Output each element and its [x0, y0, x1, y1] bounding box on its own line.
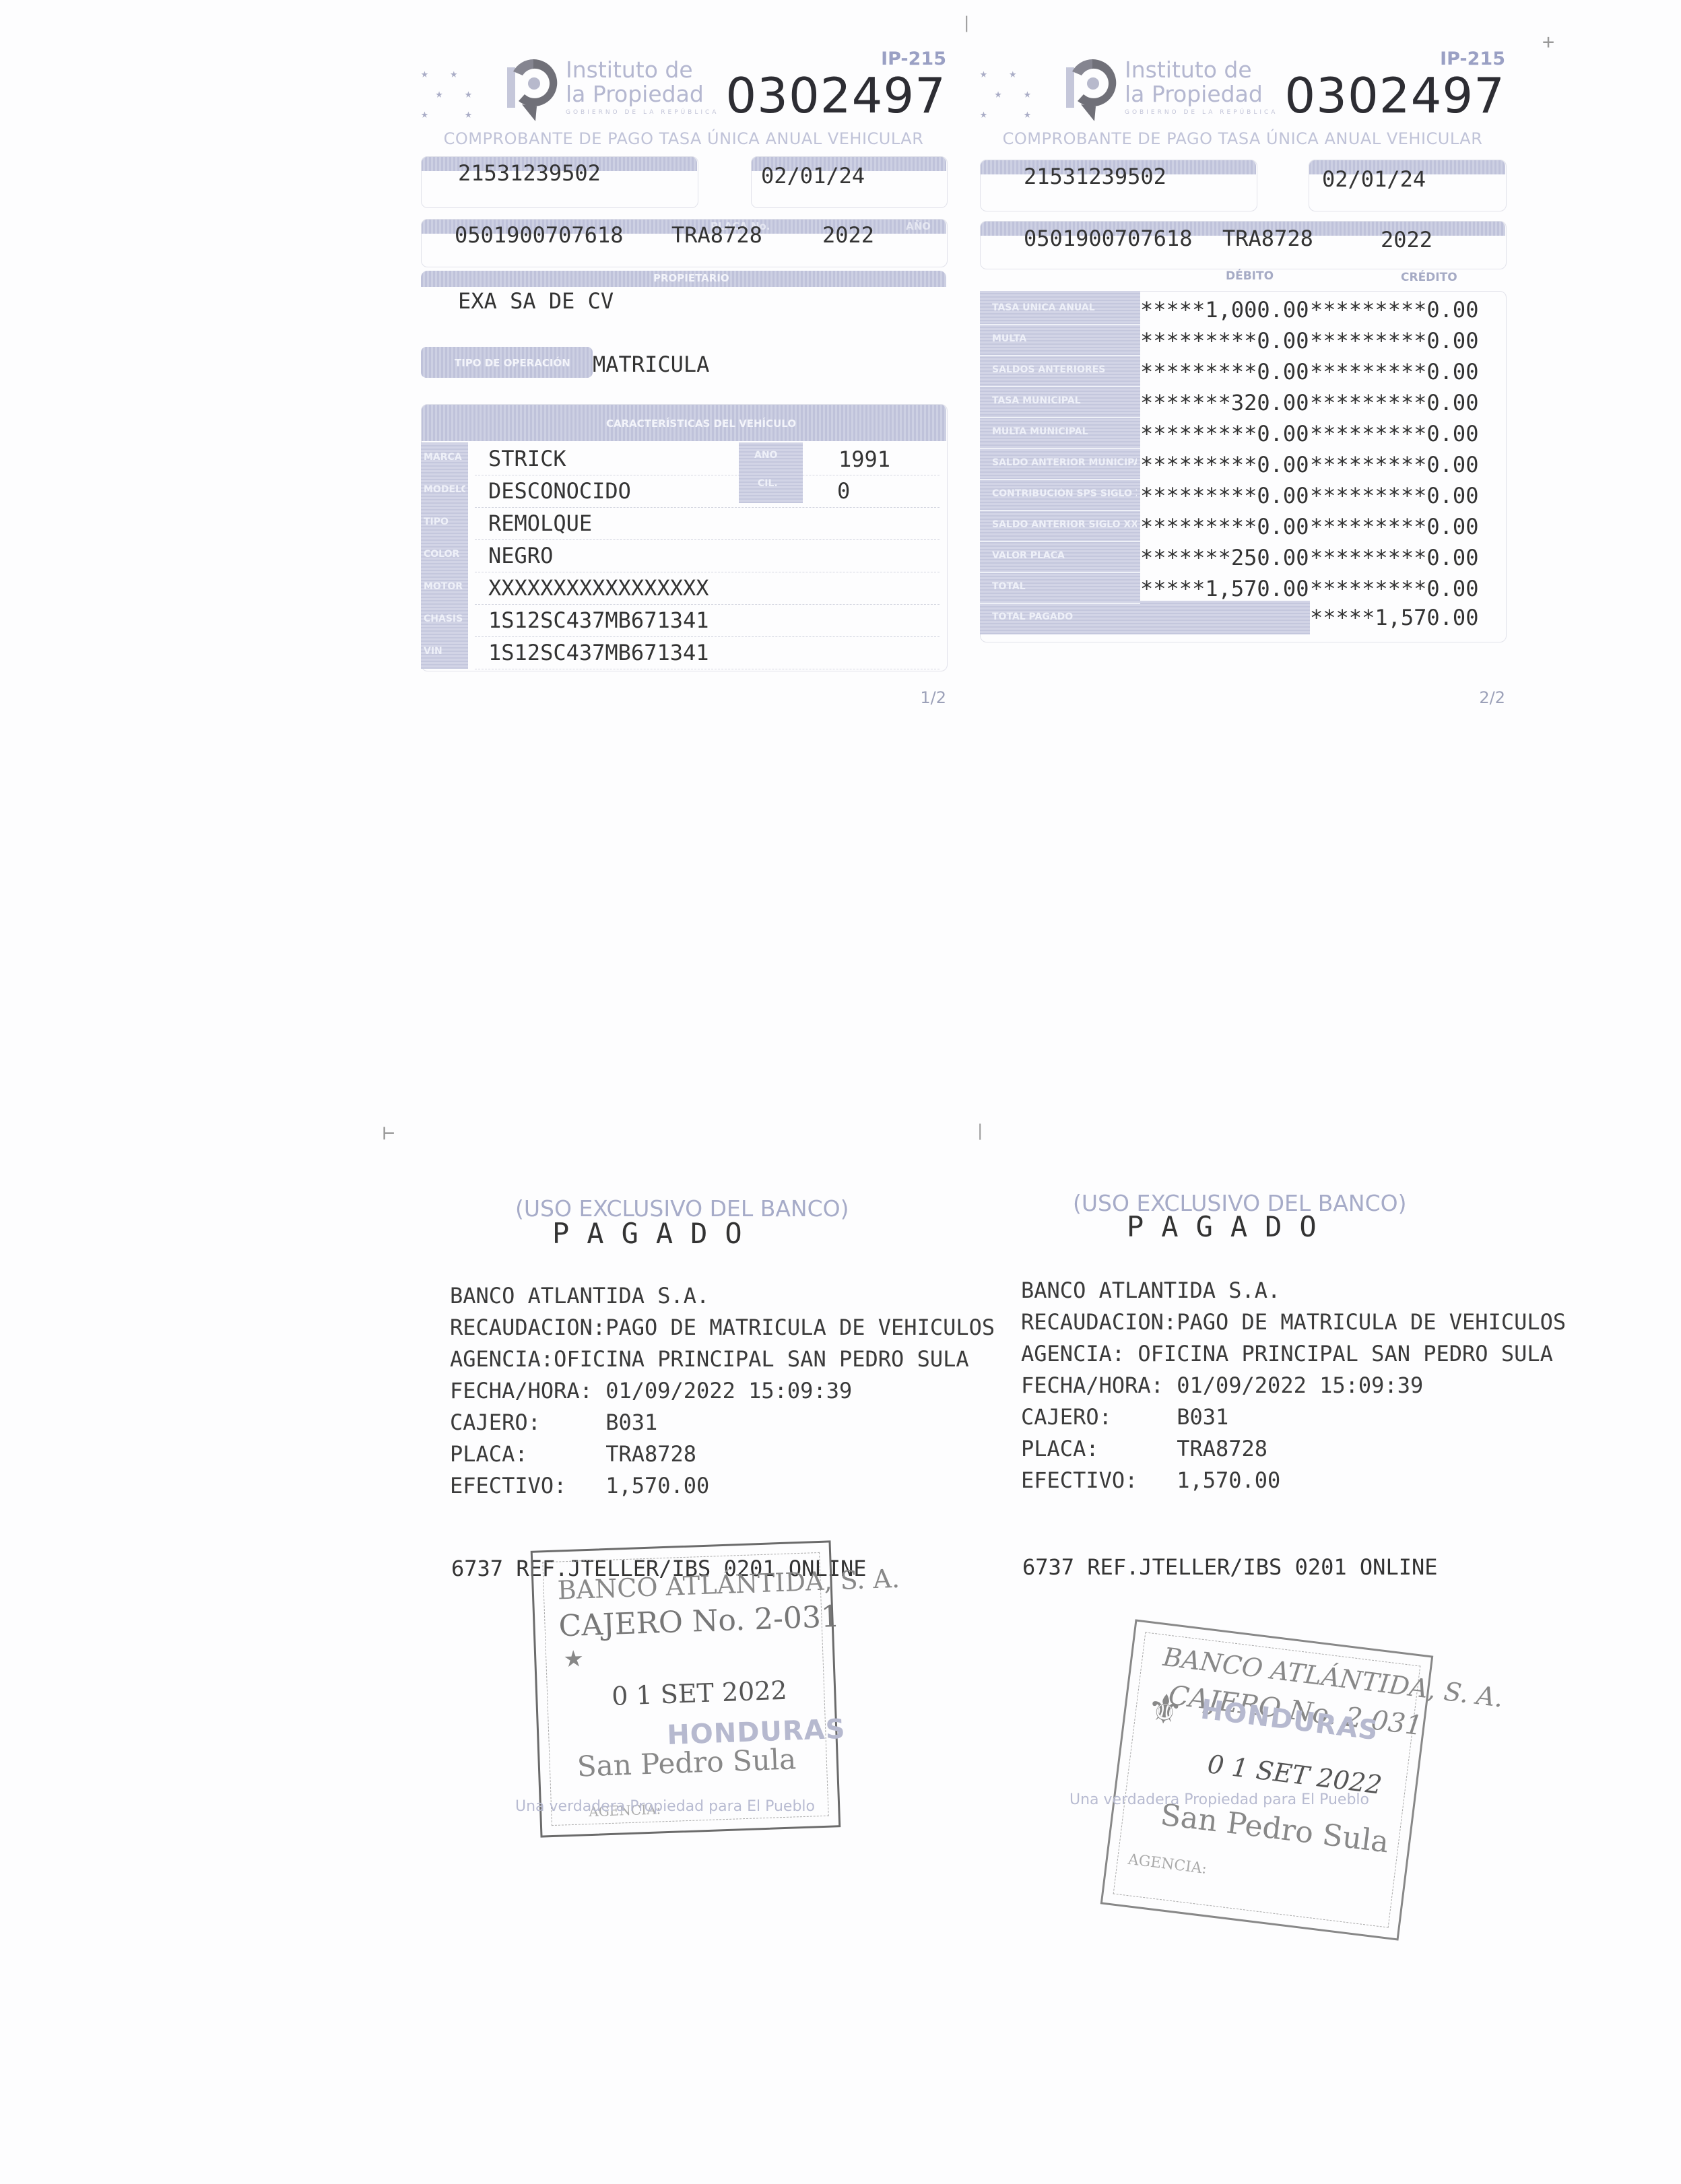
cylinders: 0: [837, 478, 850, 504]
fiscal-year: 2022: [822, 222, 874, 248]
charge-debit: *******320.00: [1140, 390, 1309, 416]
total-paid-band: [1140, 601, 1310, 634]
crop-mark: +: [1542, 30, 1554, 54]
bank-line: BANCO ATLANTIDA S.A.: [1021, 1278, 1280, 1303]
coat-of-arms-icon: ★: [563, 1645, 585, 1673]
serial-number: 0302497: [725, 67, 946, 124]
reference-number: 21531239502: [458, 160, 601, 186]
charge-credit: *********0.00: [1310, 359, 1478, 385]
row-divider: [475, 669, 940, 669]
charge-label: TASA ÚNICA ANUAL: [992, 302, 1137, 313]
charge-credit: *********0.00: [1310, 328, 1478, 354]
stars-icon: ★ ★ ★ ★★ ★: [980, 64, 1054, 125]
serial-number: 0302497: [1284, 67, 1505, 124]
charge-debit: *********0.00: [1140, 421, 1309, 446]
bank-line: AGENCIA:OFICINA PRINCIPAL SAN PEDRO SULA: [450, 1346, 969, 1372]
plate-number: TRA8728: [671, 222, 762, 248]
reference-number: 21531239502: [1024, 164, 1166, 189]
charge-credit: *********0.00: [1310, 297, 1478, 323]
receipt-page-1: ★ ★ ★ ★★ ★ Instituto de la Propiedad GOB…: [421, 40, 946, 707]
page-indicator: 1/2: [920, 688, 946, 707]
charge-credit: *********0.00: [1310, 576, 1478, 601]
bank-reference: 6737 REF.JTELLER/IBS 0201 ONLINE: [1022, 1554, 1438, 1580]
issue-date: 02/01/24: [1322, 166, 1426, 192]
charge-label: MULTA MUNICIPAL: [992, 426, 1137, 437]
institute-slogan: Una verdadera Propiedad para El Pueblo: [1069, 1791, 1369, 1808]
charge-label: TASA MUNICIPAL: [992, 395, 1137, 406]
charge-credit: *********0.00: [1310, 421, 1478, 446]
vehicle-field-label: MODELO: [424, 484, 465, 495]
charge-label: TOTAL: [992, 581, 1137, 592]
vehicle-field-value: NEGRO: [488, 543, 553, 568]
total-paid-label: TOTAL PAGADO: [992, 611, 1073, 622]
vehicle-field-label: COLOR: [424, 549, 465, 560]
bank-line: AGENCIA: OFICINA PRINCIPAL SAN PEDRO SUL…: [1021, 1341, 1553, 1366]
total-paid-amount: *****1,570.00: [1310, 605, 1478, 630]
row-divider: [475, 572, 940, 572]
charge-credit: *********0.00: [1310, 545, 1478, 570]
vehicle-field-value: 1S12SC437MB671341: [488, 640, 709, 665]
bank-line: RECAUDACION:PAGO DE MATRICULA DE VEHICUL…: [1021, 1309, 1566, 1335]
vehicle-field-label: VIN: [424, 646, 465, 657]
charge-label: CONTRIBUCIÓN SPS SIGLO XXI: [992, 488, 1137, 499]
institution-name: Instituto de la Propiedad GOBIERNO DE LA…: [1125, 58, 1278, 119]
vehicle-year-label: AÑO: [754, 450, 777, 461]
bank-line: FECHA/HORA: 01/09/2022 15:09:39: [1021, 1372, 1423, 1398]
vehicle-field-value: REMOLQUE: [488, 510, 592, 536]
id-number: 0501900707618: [1024, 226, 1192, 251]
crop-mark: |: [962, 13, 971, 32]
bank-stamp: BANCO ATLÁNTIDA, S. A. CAJERO No. 2-031 …: [531, 1540, 841, 1837]
vehicle-field-value: STRICK: [488, 446, 566, 471]
plate-number: TRA8728: [1222, 226, 1313, 251]
institute-logo-icon: [1062, 54, 1123, 128]
charge-debit: *****1,570.00: [1140, 576, 1309, 601]
bank-line: FECHA/HORA: 01/09/2022 15:09:39: [450, 1378, 852, 1403]
bank-line: BANCO ATLANTIDA S.A.: [450, 1283, 709, 1309]
form-code: IP-215: [881, 48, 946, 69]
vehicle-field-value: DESCONOCIDO: [488, 478, 631, 504]
receipt-header: ★ ★ ★ ★★ ★ Instituto de la Propiedad GOB…: [421, 40, 946, 141]
vehicle-field-value: 1S12SC437MB671341: [488, 607, 709, 633]
crop-mark: |: [975, 1121, 985, 1140]
charge-debit: *****1,000.00: [1140, 297, 1309, 323]
vehicle-field-label: MARCA: [424, 452, 465, 463]
fiscal-year: 2022: [1381, 227, 1432, 253]
owner-name: EXA SA DE CV: [458, 288, 614, 314]
charge-label: VALOR PLACA: [992, 550, 1137, 561]
bank-line: PLACA: TRA8728: [450, 1441, 696, 1467]
debit-column-header: DÉBITO: [1226, 269, 1274, 283]
receipt-page-2: ★ ★ ★ ★★ ★ Instituto de la Propiedad GOB…: [980, 40, 1505, 707]
operation-label: TIPO DE OPERACIÓN: [455, 357, 570, 369]
crop-mark: ⊢: [383, 1121, 395, 1145]
stars-icon: ★ ★ ★ ★★ ★: [421, 64, 495, 125]
bank-line: EFECTIVO: 1,570.00: [450, 1473, 709, 1498]
charge-debit: *******250.00: [1140, 545, 1309, 570]
charge-debit: *********0.00: [1140, 514, 1309, 539]
charge-credit: *********0.00: [1310, 390, 1478, 416]
charge-debit: *********0.00: [1140, 483, 1309, 508]
coat-of-arms-icon: ⚜: [1144, 1684, 1186, 1735]
institute-slogan: Una verdadera Propiedad para El Pueblo: [515, 1798, 815, 1815]
charge-credit: *********0.00: [1310, 514, 1478, 539]
vehicle-field-value: XXXXXXXXXXXXXXXXX: [488, 575, 709, 601]
charge-label: MULTA: [992, 333, 1137, 344]
issue-date: 02/01/24: [761, 163, 865, 189]
bank-line: RECAUDACION:PAGO DE MATRICULA DE VEHICUL…: [450, 1315, 995, 1340]
owner-band-label: PROPIETARIO: [653, 272, 729, 284]
bank-line: EFECTIVO: 1,570.00: [1021, 1467, 1280, 1493]
institute-logo-icon: [503, 54, 564, 128]
stamp-date: 0 1 SET 2022: [612, 1676, 788, 1711]
charge-debit: *********0.00: [1140, 328, 1309, 354]
vehicle-label-column: MARCAMODELOTIPOCOLORMOTORCHASISVIN: [421, 442, 468, 669]
bank-line: CAJERO: B031: [450, 1410, 657, 1435]
receipt-title: COMPROBANTE DE PAGO TASA ÚNICA ANUAL VEH…: [980, 129, 1505, 148]
charge-label: SALDOS ANTERIORES: [992, 364, 1137, 375]
receipt-title: COMPROBANTE DE PAGO TASA ÚNICA ANUAL VEH…: [421, 129, 946, 148]
row-divider: [475, 636, 940, 637]
charge-credit: *********0.00: [1310, 483, 1478, 508]
id-number: 0501900707618: [455, 222, 623, 248]
paid-status: PAGADO: [552, 1217, 760, 1250]
bank-line: CAJERO: B031: [1021, 1404, 1228, 1430]
operation-type: MATRICULA: [593, 352, 709, 377]
bank-stamp: BANCO ATLÁNTIDA, S. A. CAJERO No. 2-031 …: [1100, 1619, 1434, 1940]
charge-debit: *********0.00: [1140, 359, 1309, 385]
institution-name: Instituto de la Propiedad GOBIERNO DE LA…: [566, 58, 719, 119]
page-indicator: 2/2: [1479, 688, 1505, 707]
row-divider: [475, 539, 940, 540]
credit-column-header: CRÉDITO: [1401, 271, 1457, 284]
vehicle-field-label: MOTOR: [424, 581, 465, 592]
charge-label: SALDO ANTERIOR SIGLO XXI: [992, 519, 1137, 530]
paid-status: PAGADO: [1127, 1210, 1334, 1243]
receipt-header: ★ ★ ★ ★★ ★ Instituto de la Propiedad GOB…: [980, 40, 1505, 141]
charge-debit: *********0.00: [1140, 452, 1309, 477]
row-divider: [475, 507, 940, 508]
vehicle-field-label: CHASIS: [424, 614, 465, 624]
bank-line: PLACA: TRA8728: [1021, 1436, 1267, 1461]
form-code: IP-215: [1440, 48, 1505, 69]
vehicle-year: 1991: [838, 446, 890, 472]
row-divider: [475, 475, 940, 475]
charge-label: SALDO ANTERIOR MUNICIPAL: [992, 457, 1137, 468]
cylinders-label: CIL.: [758, 478, 778, 489]
vehicle-field-label: TIPO: [424, 517, 465, 527]
charge-credit: *********0.00: [1310, 452, 1478, 477]
row-divider: [475, 604, 940, 605]
